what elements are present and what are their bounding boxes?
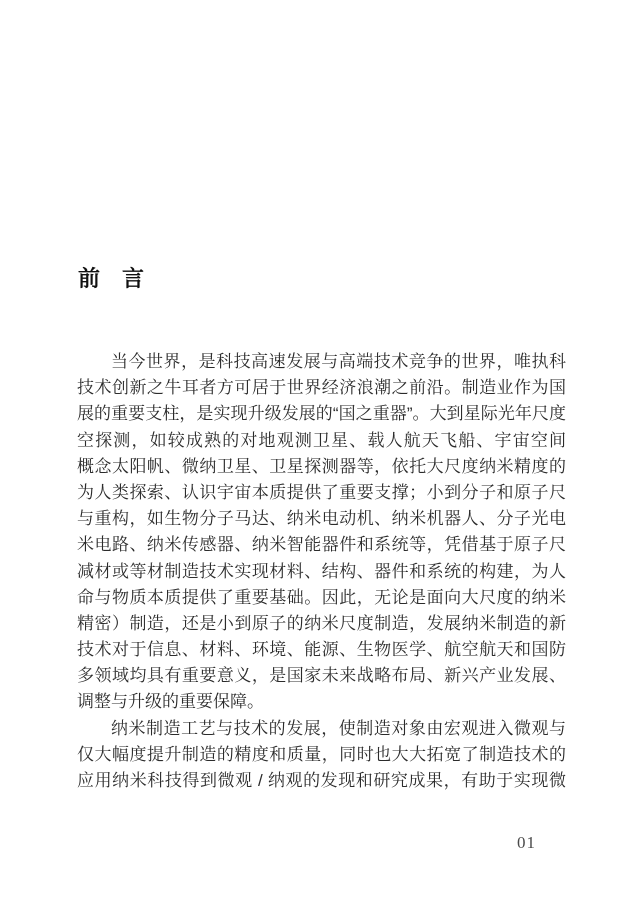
body-line: 纳米制造工艺与技术的发展，使制造对象由宏观进入微观与纳观，不 [77, 716, 566, 742]
body-line: 米电路、纳米传感器、纳米智能器件和系统等，凭借基于原子尺度增材、 [77, 532, 566, 558]
body-line: 应用纳米科技得到微观 / 纳观的发现和研究成果，有助于实现微纳米产品 [77, 768, 566, 794]
body-line: 概念太阳帆、微纳卫星、卫星探测器等，依托大尺度纳米精度的制造技术， [77, 454, 566, 480]
page-title: 前 言 [78, 263, 144, 295]
body-line: 展的重要支柱，是实现升级发展的“国之重器”。大到星际光年尺度的深 [77, 401, 566, 427]
body-text: 当今世界，是科技高速发展与高端技术竞争的世界，唯执科技发展与 技术创新之牛耳者方… [77, 349, 566, 794]
document-page: 前 言 当今世界，是科技高速发展与高端技术竞争的世界，唯执科技发展与 技术创新之… [0, 0, 643, 908]
body-line: 与重构，如生物分子马达、纳米电动机、纳米机器人、分子光电器件、纳 [77, 506, 566, 532]
body-line: 空探测，如较成熟的对地观测卫星、载人航天飞船、宇宙空间站，以及新 [77, 428, 566, 454]
body-line: 减材或等材制造技术实现材料、结构、器件和系统的构建，为人类探索生 [77, 559, 566, 585]
page-number: 01 [517, 833, 536, 853]
body-line: 技术对于信息、材料、环境、能源、生物医学、航空航天和国防安全等众 [77, 637, 566, 663]
body-line: 为人类探索、认识宇宙本质提供了重要支撑；小到分子和原子尺度的解构 [77, 480, 566, 506]
paragraph-2: 纳米制造工艺与技术的发展，使制造对象由宏观进入微观与纳观，不 仅大幅度提升制造的… [77, 716, 566, 795]
body-line: 调整与升级的重要保障。 [77, 689, 566, 715]
body-line: 精密）制造，还是小到原子的纳米尺度制造，发展纳米制造的新方法与新 [77, 611, 566, 637]
body-line: 当今世界，是科技高速发展与高端技术竞争的世界，唯执科技发展与 [77, 349, 566, 375]
paragraph-1: 当今世界，是科技高速发展与高端技术竞争的世界，唯执科技发展与 技术创新之牛耳者方… [77, 349, 566, 716]
body-line: 技术创新之牛耳者方可居于世界经济浪潮之前沿。制造业作为国民经济发 [77, 375, 566, 401]
body-line: 命与物质本质提供了重要基础。因此，无论是面向大尺度的纳米精度（超 [77, 585, 566, 611]
body-line: 仅大幅度提升制造的精度和质量，同时也大大拓宽了制造技术的尺度范围。 [77, 742, 566, 768]
body-line: 多领域均具有重要意义，是国家未来战略布局、新兴产业发展、经济结构 [77, 663, 566, 689]
